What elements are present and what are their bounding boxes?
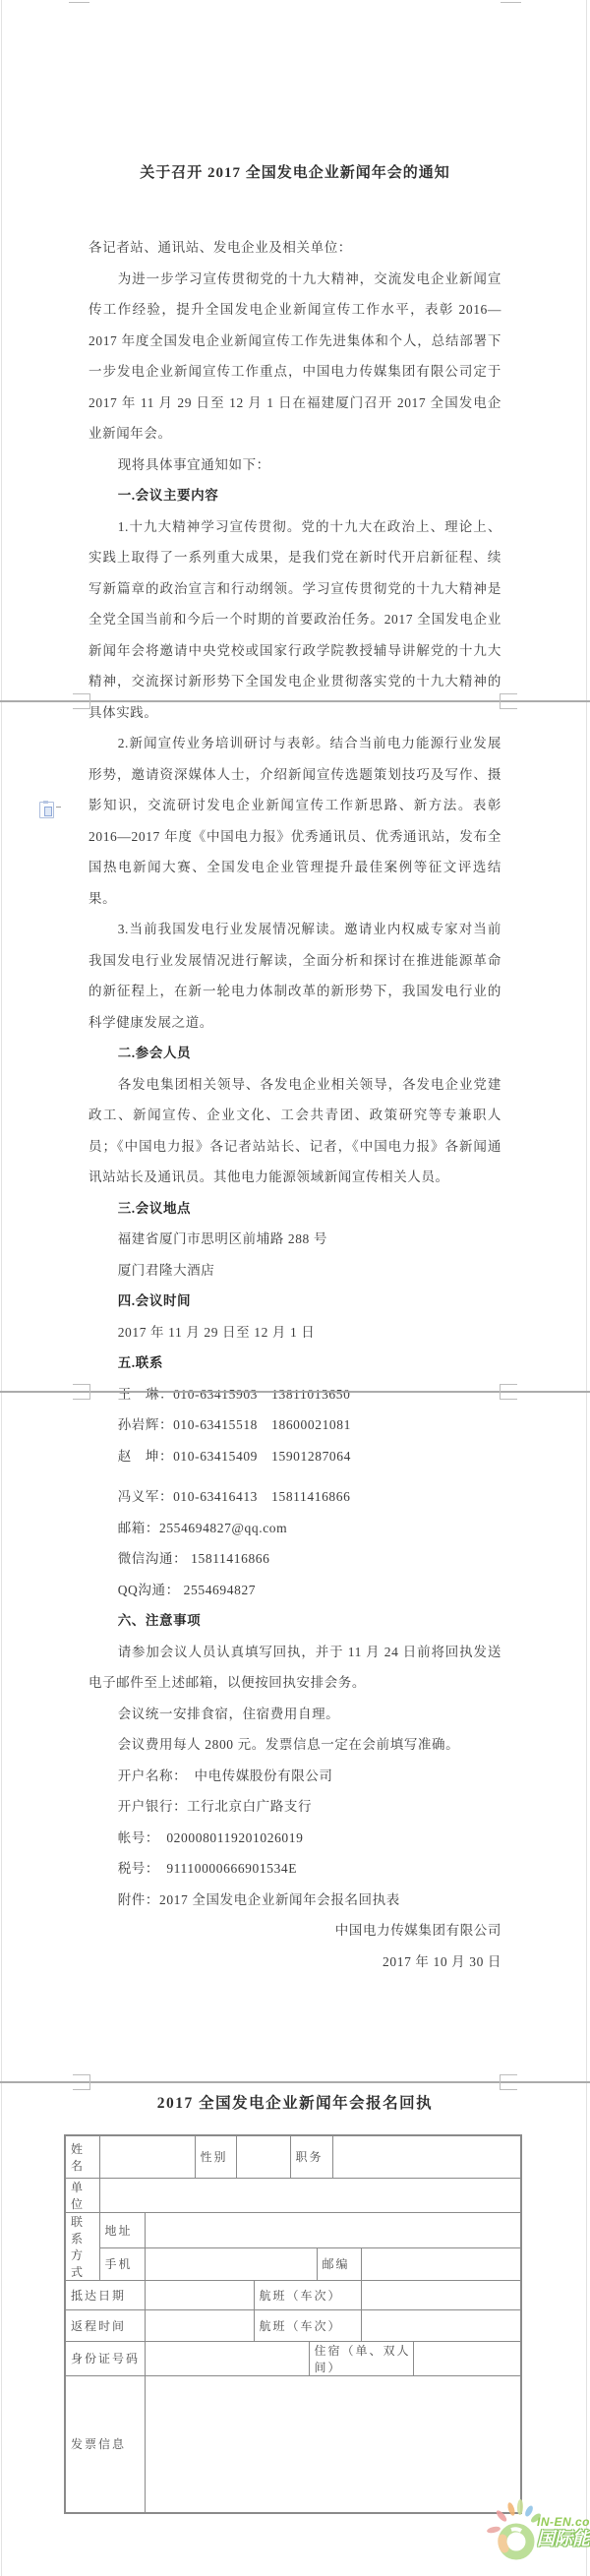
form-label-gender: 性别 bbox=[195, 2135, 236, 2178]
in-en-logo-icon bbox=[486, 2499, 545, 2562]
page-break-line bbox=[0, 700, 590, 702]
margin-tick bbox=[500, 2074, 517, 2075]
reply-form-title: 2017 全国发电企业新闻年会报名回执 bbox=[0, 2091, 590, 2113]
table-row: 手机 邮编 bbox=[65, 2248, 521, 2280]
tax-number: 税号： 91110000666901534E bbox=[88, 1853, 501, 1885]
contact-email: 邮箱：2554694827@qq.com bbox=[88, 1513, 501, 1544]
margin-tick bbox=[500, 2089, 517, 2090]
section1-heading: 一.会议主要内容 bbox=[88, 480, 501, 511]
section6-paragraph3: 会议费用每人 2800 元。发票信息一定在会前填写准确。 bbox=[88, 1729, 501, 1761]
section1-paragraph3: 3.当前我国发电行业发展情况解读。邀请业内权威专家对当前我国发电行业发展情况进行… bbox=[88, 914, 501, 1038]
intro-paragraph: 为进一步学习宣传贯彻党的十九大精神，交流发电企业新闻宣传工作经验，提升全国发电企… bbox=[88, 264, 501, 449]
form-label-id-number: 身份证号码 bbox=[65, 2341, 145, 2375]
form-field-arrival-date bbox=[145, 2280, 254, 2309]
form-field-room bbox=[413, 2341, 521, 2375]
margin-tick bbox=[500, 1384, 517, 1385]
form-field-id-number bbox=[145, 2341, 309, 2375]
form-field-address bbox=[145, 2212, 521, 2248]
form-field-gender bbox=[236, 2135, 290, 2178]
margin-tick bbox=[500, 1399, 517, 1400]
form-field-postcode bbox=[361, 2248, 521, 2280]
margin-tick bbox=[500, 1384, 501, 1400]
attachment-line: 附件：2017 全国发电企业新闻年会报名回执表 bbox=[88, 1885, 501, 1916]
section1-paragraph1: 1.十九大精神学习宣传贯彻。党的十九大在政治上、理论上、实践上取得了一系列重大成… bbox=[88, 511, 501, 729]
form-label-address: 地址 bbox=[99, 2212, 145, 2248]
notice-line: 现将具体事宜通知如下： bbox=[88, 449, 501, 481]
section2-heading: 二.参会人员 bbox=[88, 1038, 501, 1069]
page-right-edge bbox=[586, 0, 587, 2576]
margin-tick bbox=[500, 708, 517, 709]
form-label-invoice: 发票信息 bbox=[65, 2375, 145, 2513]
section6-paragraph2: 会议统一安排食宿，住宿费用自理。 bbox=[88, 1699, 501, 1730]
form-label-arrival-date: 抵达日期 bbox=[65, 2280, 145, 2309]
margin-tick bbox=[89, 2074, 90, 2090]
form-label-arrival-flight: 航班（车次） bbox=[254, 2280, 361, 2309]
margin-tick bbox=[501, 2, 521, 3]
table-row: 抵达日期 航班（车次） bbox=[65, 2280, 521, 2309]
contact-line: 王 琳：010-63415903 13811013650 bbox=[88, 1379, 501, 1410]
margin-tick bbox=[500, 693, 501, 709]
cursor-artifact bbox=[56, 807, 61, 808]
margin-tick bbox=[500, 693, 517, 694]
section6-paragraph1: 请参加会议人员认真填写回执，并于 11 月 24 日前将回执发送电子邮件至上述邮… bbox=[88, 1637, 501, 1699]
table-row: 身份证号码 住宿（单、双人间） bbox=[65, 2341, 521, 2375]
margin-tick bbox=[73, 708, 90, 709]
page-break-line bbox=[0, 1391, 590, 1393]
page-break-line bbox=[0, 2081, 590, 2083]
meeting-dates: 2017 年 11 月 29 日至 12 月 1 日 bbox=[88, 1317, 501, 1348]
section1-paragraph2: 2.新闻宣传业务培训研讨与表彰。结合当前电力能源行业发展形势，邀请资深媒体人士，… bbox=[88, 728, 501, 914]
form-field-return-flight bbox=[361, 2309, 521, 2341]
margin-tick bbox=[73, 1399, 90, 1400]
signature-company: 中国电力传媒集团有限公司 bbox=[88, 1915, 501, 1947]
form-field-return-time bbox=[145, 2309, 254, 2341]
section2-paragraph1: 各发电集团相关领导、各发电企业相关领导，各发电企业党建政工、新闻宣传、企业文化、… bbox=[88, 1069, 501, 1193]
venue-hotel: 厦门君隆大酒店 bbox=[88, 1255, 501, 1287]
table-row: 返程时间 航班（车次） bbox=[65, 2309, 521, 2341]
clipboard-icon bbox=[43, 801, 48, 804]
table-row: 发票信息 bbox=[65, 2375, 521, 2513]
form-label-postcode: 邮编 bbox=[317, 2248, 361, 2280]
form-label-mobile: 手机 bbox=[99, 2248, 145, 2280]
form-label-name: 姓名 bbox=[65, 2135, 99, 2178]
margin-tick bbox=[73, 2074, 90, 2075]
form-label-return-flight: 航班（车次） bbox=[254, 2309, 361, 2341]
form-field-name bbox=[99, 2135, 195, 2178]
clipboard-page-icon bbox=[44, 807, 52, 816]
salutation: 各记者站、通讯站、发电企业及相关单位： bbox=[88, 232, 501, 264]
form-field-arrival-flight bbox=[361, 2280, 521, 2309]
bank-account-number: 帐号： 0200080119201026019 bbox=[88, 1823, 501, 1854]
bank-name: 开户银行：工行北京白广路支行 bbox=[88, 1791, 501, 1823]
section5-heading: 五.联系 bbox=[88, 1348, 501, 1379]
form-label-contact: 联系方式 bbox=[65, 2212, 99, 2280]
margin-tick bbox=[69, 2, 89, 3]
watermark-text: IN-EN.com 国际能源网 bbox=[537, 2515, 590, 2562]
margin-tick bbox=[89, 693, 90, 709]
page-gap-spacer bbox=[88, 1471, 501, 1481]
form-field-position bbox=[332, 2135, 521, 2178]
section3-heading: 三.会议地点 bbox=[88, 1193, 501, 1225]
contact-wechat: 微信沟通： 15811416866 bbox=[88, 1543, 501, 1575]
margin-tick bbox=[89, 1384, 90, 1400]
table-row: 姓名 性别 职务 bbox=[65, 2135, 521, 2178]
form-field-unit bbox=[99, 2178, 521, 2212]
reply-form-table: 姓名 性别 职务 单位 联系方式 地址 手机 邮编 抵达日期 航班（车次） bbox=[64, 2134, 522, 2514]
margin-tick bbox=[73, 1384, 90, 1385]
form-field-mobile bbox=[145, 2248, 317, 2280]
venue-address: 福建省厦门市思明区前埔路 288 号 bbox=[88, 1224, 501, 1255]
form-label-position: 职务 bbox=[290, 2135, 332, 2178]
contact-line: 孙岩辉：010-63415518 18600021081 bbox=[88, 1409, 501, 1441]
site-watermark: IN-EN.com 国际能源网 bbox=[486, 2499, 590, 2562]
paste-options-icon[interactable] bbox=[39, 802, 54, 818]
contact-line: 冯义军：010-63416413 15811416866 bbox=[88, 1481, 501, 1513]
margin-tick bbox=[500, 2074, 501, 2090]
contact-line: 赵 坤：010-63415409 15901287064 bbox=[88, 1441, 501, 1472]
watermark-site-name: 国际能源网 bbox=[537, 2529, 590, 2548]
bank-account-name: 开户名称： 中电传媒股份有限公司 bbox=[88, 1761, 501, 1792]
form-label-unit: 单位 bbox=[65, 2178, 99, 2212]
page-left-edge bbox=[1, 0, 2, 2576]
signature-date: 2017 年 10 月 30 日 bbox=[88, 1947, 501, 1978]
table-row: 单位 bbox=[65, 2178, 521, 2212]
table-row: 联系方式 地址 bbox=[65, 2212, 521, 2248]
notice-body: 各记者站、通讯站、发电企业及相关单位： 为进一步学习宣传贯彻党的十九大精神，交流… bbox=[88, 232, 501, 1977]
section4-heading: 四.会议时间 bbox=[88, 1286, 501, 1317]
document-page: 关于召开 2017 全国发电企业新闻年会的通知 各记者站、通讯站、发电企业及相关… bbox=[0, 0, 590, 2576]
margin-tick bbox=[73, 2089, 90, 2090]
margin-tick bbox=[73, 693, 90, 694]
notice-title: 关于召开 2017 全国发电企业新闻年会的通知 bbox=[0, 161, 590, 182]
section6-heading: 六、注意事项 bbox=[88, 1605, 501, 1637]
form-label-room: 住宿（单、双人间） bbox=[309, 2341, 413, 2375]
form-field-invoice bbox=[145, 2375, 521, 2513]
contact-qq: QQ沟通： 2554694827 bbox=[88, 1575, 501, 1606]
form-label-return-time: 返程时间 bbox=[65, 2309, 145, 2341]
watermark-brand: IN-EN.com bbox=[537, 2515, 590, 2529]
